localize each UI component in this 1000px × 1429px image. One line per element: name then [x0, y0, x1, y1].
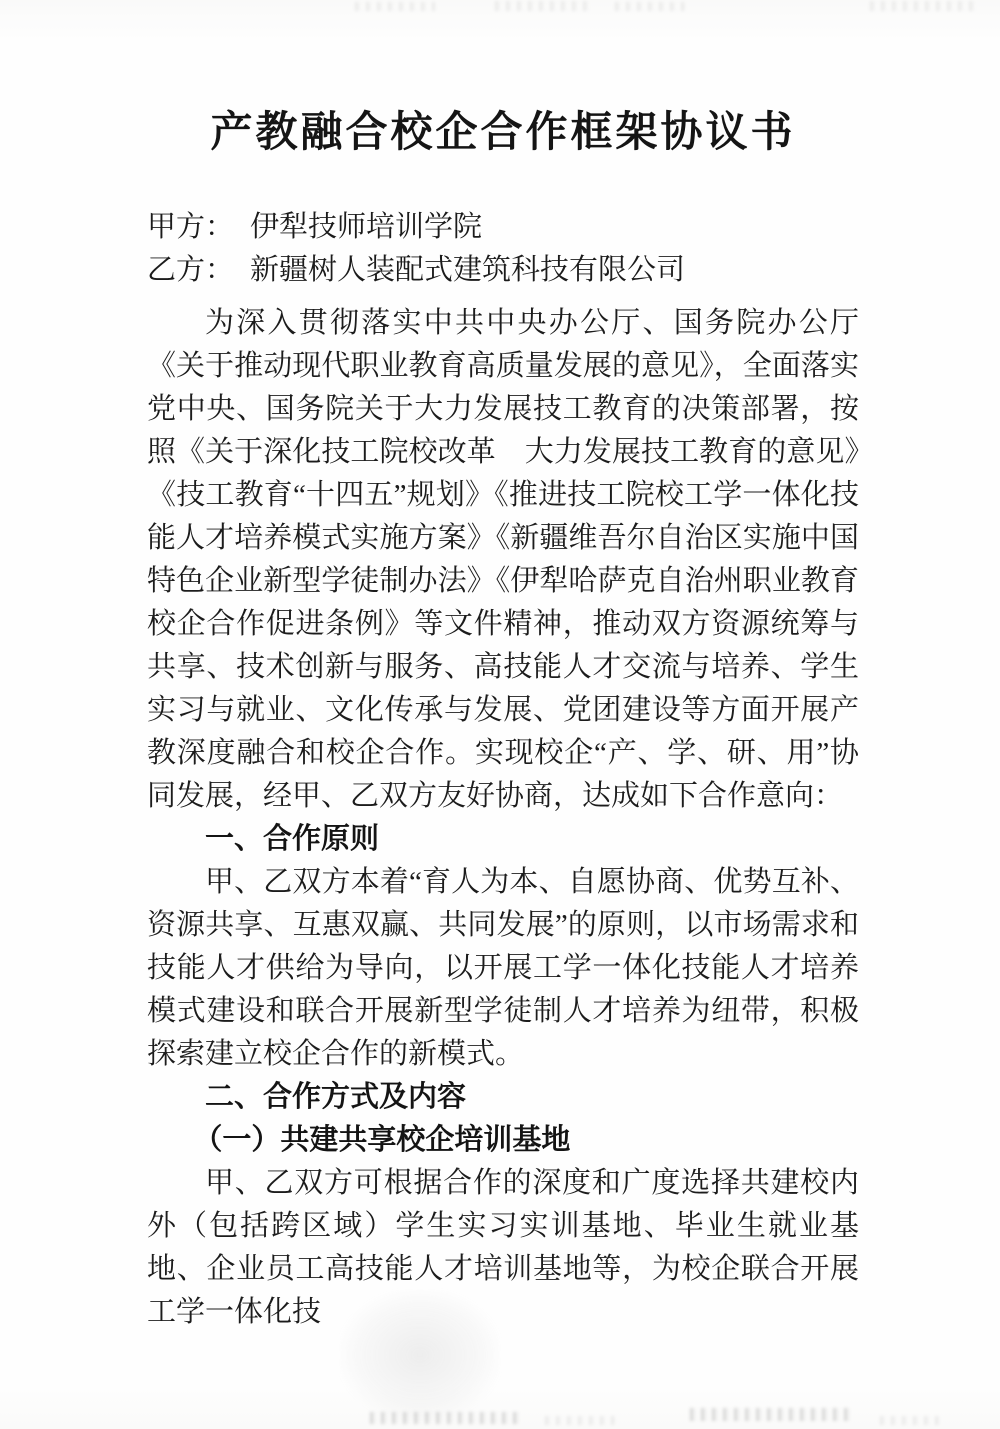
- section-2-heading: 二、合作方式及内容: [147, 1076, 859, 1119]
- scan-artifact-top-2: [495, 1, 590, 11]
- scan-artifact-top-4: [870, 1, 980, 11]
- section-1-heading: 一、合作原则: [147, 818, 859, 861]
- preamble-paragraph: 为深入贯彻落实中共中央办公厅、国务院办公厅《关于推动现代职业教育高质量发展的意见…: [147, 302, 859, 818]
- scan-artifact-bottom-1: [370, 1412, 520, 1424]
- party-a-label: 甲方：: [147, 211, 234, 243]
- scan-artifact-bottom-3: [690, 1408, 850, 1421]
- party-b-name: 新疆树人装配式建筑科技有限公司: [250, 254, 685, 286]
- subsection-2-1-heading: （一）共建共享校企培训基地: [147, 1119, 859, 1162]
- party-a-line: 甲方：伊犁技师培训学院: [147, 206, 859, 249]
- scan-artifact-bottom-4: [880, 1416, 940, 1425]
- document-content: 产教融合校企合作框架协议书 甲方：伊犁技师培训学院 乙方：新疆树人装配式建筑科技…: [147, 102, 859, 1334]
- scan-artifact-top-1: [355, 2, 435, 11]
- scan-artifact-bottom-2: [545, 1416, 615, 1425]
- parties-block: 甲方：伊犁技师培训学院 乙方：新疆树人装配式建筑科技有限公司: [147, 206, 859, 292]
- party-b-line: 乙方：新疆树人装配式建筑科技有限公司: [147, 249, 859, 292]
- training-base-paragraph: 甲、乙双方可根据合作的深度和广度选择共建校内外（包括跨区域）学生实习实训基地、毕…: [147, 1162, 859, 1334]
- party-b-label: 乙方：: [147, 254, 234, 286]
- document-body: 为深入贯彻落实中共中央办公厅、国务院办公厅《关于推动现代职业教育高质量发展的意见…: [147, 302, 859, 1334]
- scanned-document: { "colors": { "page_background": "#fefef…: [0, 0, 1000, 1429]
- scan-artifact-top-3: [615, 2, 685, 11]
- party-a-name: 伊犁技师培训学院: [250, 211, 482, 243]
- cooperation-principles-paragraph: 甲、乙双方本着“育人为本、自愿协商、优势互补、资源共享、互惠双赢、共同发展”的原…: [147, 861, 859, 1076]
- document-title: 产教融合校企合作框架协议书: [147, 102, 859, 164]
- document-page: 产教融合校企合作框架协议书 甲方：伊犁技师培训学院 乙方：新疆树人装配式建筑科技…: [0, 0, 1000, 1429]
